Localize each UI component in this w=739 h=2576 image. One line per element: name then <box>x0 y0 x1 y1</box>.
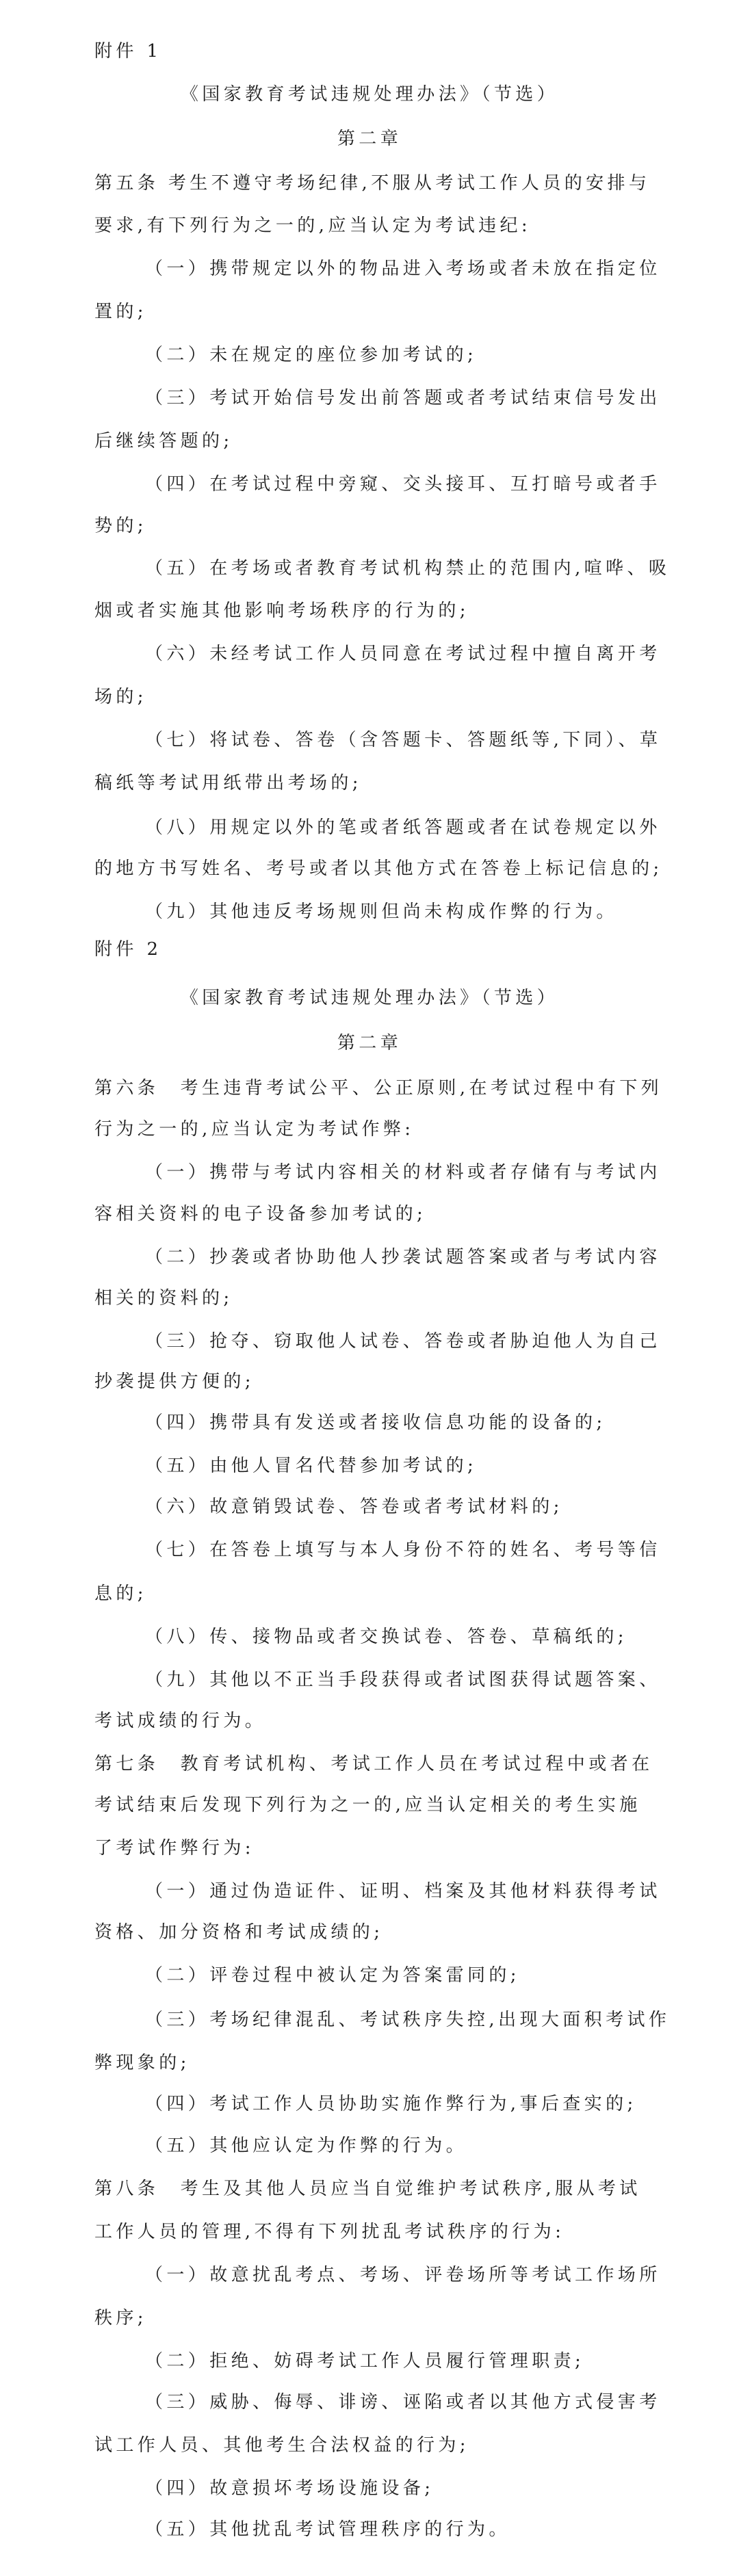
list-item-line: （五）在考场或者教育考试机构禁止的范围内,喧哗、吸 <box>145 557 670 580</box>
body-line: 稿纸等考试用纸带出考场的; <box>94 772 362 795</box>
list-item-line: （六）故意销毁试卷、答卷或者考试材料的; <box>145 1495 563 1519</box>
body-line: 考试结束后发现下列行为之一的,应当认定相关的考生实施 <box>94 1793 641 1817</box>
body-line: 试工作人员、其他考生合法权益的行为; <box>94 2434 469 2457</box>
body-line: 考试成绩的行为。 <box>94 1709 266 1733</box>
body-line: 相关的资料的; <box>94 1287 233 1310</box>
list-item-line: （一）携带规定以外的物品进入考场或者未放在指定位 <box>145 257 661 280</box>
article-heading-line: 第六条 考生违背考试公平、公正原则,在考试过程中有下列 <box>94 1077 662 1100</box>
body-line: 秩序; <box>94 2306 147 2330</box>
list-item-line: （二）拒绝、妨碍考试工作人员履行管理职责; <box>145 2350 584 2373</box>
list-item-line: （二）评卷过程中被认定为答案雷同的; <box>145 1964 520 1987</box>
body-line: 抄袭提供方便的; <box>94 1370 255 1393</box>
chapter-heading: 第二章 <box>0 1031 739 1055</box>
body-line: 行为之一的,应当认定为考试作弊: <box>94 1118 414 1141</box>
list-item-line: （三）威胁、侮辱、诽谤、诬陷或者以其他方式侵害考 <box>145 2391 661 2414</box>
body-line: 的地方书写姓名、考号或者以其他方式在答卷上标记信息的; <box>94 857 663 880</box>
article-heading-line: 第七条 教育考试机构、考试工作人员在考试过程中或者在 <box>94 1752 653 1776</box>
body-line: 息的; <box>94 1582 147 1605</box>
body-line: 了考试作弊行为: <box>94 1837 255 1860</box>
list-item-line: （五）其他应认定为作弊的行为。 <box>145 2134 467 2157</box>
list-item-line: （四）故意损坏考场设施设备; <box>145 2477 434 2500</box>
list-item-line: （一）携带与考试内容相关的材料或者存储有与考试内 <box>145 1161 661 1184</box>
body-line: 要求,有下列行为之一的,应当认定为考试违纪: <box>94 214 531 237</box>
list-item-line: （二）抄袭或者协助他人抄袭试题答案或者与考试内容 <box>145 1246 661 1269</box>
list-item-line: （四）在考试过程中旁窥、交头接耳、互打暗号或者手 <box>145 473 661 496</box>
list-item-line: （五）其他扰乱考试管理秩序的行为。 <box>145 2518 510 2541</box>
attachment-label: 附件 2 <box>94 938 161 961</box>
body-line: 后继续答题的; <box>94 430 233 453</box>
list-item-line: （七）将试卷、答卷（含答题卡、答题纸等,下同）、草 <box>145 728 661 752</box>
list-item-line: （七）在答卷上填写与本人身份不符的姓名、考号等信 <box>145 1538 661 1562</box>
list-item-line: （一）故意扰乱考点、考场、评卷场所等考试工作场所 <box>145 2263 661 2287</box>
chapter-heading: 第二章 <box>0 127 739 150</box>
list-item-line: （三）抢夺、窃取他人试卷、答卷或者胁迫他人为自己 <box>145 1330 661 1353</box>
list-item-line: （四）考试工作人员协助实施作弊行为,事后查实的; <box>145 2092 637 2116</box>
list-item-line: （四）携带具有发送或者接收信息功能的设备的; <box>145 1411 606 1434</box>
document-title: 《国家教育考试违规处理办法》（节选） <box>0 986 739 1010</box>
list-item-line: （六）未经考试工作人员同意在考试过程中擅自离开考 <box>145 642 661 666</box>
body-line: 场的; <box>94 685 147 709</box>
list-item-line: （一）通过伪造证件、证明、档案及其他材料获得考试 <box>145 1880 661 1903</box>
list-item-line: （三）考场纪律混乱、考试秩序失控,出现大面积考试作 <box>145 2008 670 2032</box>
document-page: 附件 1《国家教育考试违规处理办法》（节选）第二章第五条 考生不遵守考场纪律,不… <box>0 0 739 2576</box>
body-line: 置的; <box>94 300 147 324</box>
list-item-line: （九）其他违反考场规则但尚未构成作弊的行为。 <box>145 900 618 923</box>
list-item-line: （八）用规定以外的笔或者纸答题或者在试卷规定以外 <box>145 816 661 839</box>
document-title: 《国家教育考试违规处理办法》（节选） <box>0 83 739 106</box>
body-line: 容相关资料的电子设备参加考试的; <box>94 1202 426 1226</box>
list-item-line: （九）其他以不正当手段获得或者试图获得试题答案、 <box>145 1668 661 1692</box>
article-heading-line: 第八条 考生及其他人员应当自觉维护考试秩序,服从考试 <box>94 2177 641 2200</box>
article-heading-line: 第五条 考生不遵守考场纪律,不服从考试工作人员的安排与 <box>94 172 650 195</box>
body-line: 工作人员的管理,不得有下列扰乱考试秩序的行为: <box>94 2220 565 2244</box>
body-line: 势的; <box>94 514 147 538</box>
list-item-line: （五）由他人冒名代替参加考试的; <box>145 1454 477 1477</box>
body-line: 资格、加分资格和考试成绩的; <box>94 1921 383 1944</box>
list-item-line: （二）未在规定的座位参加考试的; <box>145 343 477 367</box>
list-item-line: （八）传、接物品或者交换试卷、答卷、草稿纸的; <box>145 1625 627 1648</box>
attachment-label: 附件 1 <box>94 40 161 63</box>
list-item-line: （三）考试开始信号发出前答题或者考试结束信号发出 <box>145 386 661 410</box>
body-line: 烟或者实施其他影响考场秩序的行为的; <box>94 599 469 622</box>
body-line: 弊现象的; <box>94 2051 190 2075</box>
